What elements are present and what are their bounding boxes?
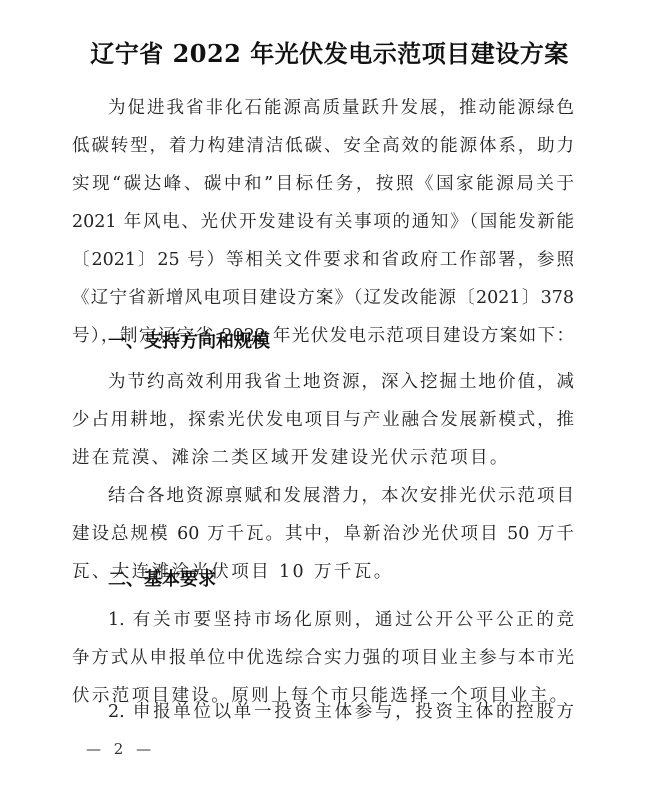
section-2-paragraph-1-line: 1. 有关市要坚持市场化原则，通过公开公平公正的竞 [108,608,574,632]
section-1-paragraph-1-line: 进在荒漠、滩涂二类区域开发建设光伏示范项目。 [72,446,574,470]
intro-line: 2021 年风电、光伏开发建设有关事项的通知》（国能发新能 [72,210,574,234]
document-page: 辽宁省 2022 年光伏发电示范项目建设方案 为促进我省非化石能源高质量跃升发展… [0,0,659,806]
page-number: — 2 — [86,740,155,758]
section-1-paragraph-1-line: 少占用耕地，探索光伏发电项目与产业融合发展新模式，推 [72,408,574,432]
intro-line: 为促进我省非化石能源高质量跃升发展，推动能源绿色 [108,96,574,120]
intro-line: 《辽宁省新增风电项目建设方案》（辽发改能源〔2021〕378 [72,286,574,310]
section-2-paragraph-2-line: 2. 申报单位以单一投资主体参与，投资主体的控股方 [108,700,574,724]
intro-line: 实现“碳达峰、碳中和”目标任务，按照《国家能源局关于 [72,172,574,196]
section-2-paragraph-1-line: 争方式从申报单位中优选综合实力强的项目业主参与本市光 [72,646,574,670]
section-heading-1: 一、支持方向和规模 [108,330,270,354]
section-heading-2: 二、基本要求 [108,568,216,592]
section-1-paragraph-1-line: 为节约高效利用我省土地资源，深入挖掘土地价值，减 [108,370,574,394]
section-1-paragraph-2-line: 建设总规模 60 万千瓦。其中，阜新治沙光伏项目 50 万千 [72,522,574,546]
section-1-paragraph-2-line: 结合各地资源禀赋和发展潜力，本次安排光伏示范项目 [108,484,574,508]
intro-line: 〔2021〕25 号）等相关文件要求和省政府工作部署，参照 [72,248,574,272]
intro-line: 低碳转型，着力构建清洁低碳、安全高效的能源体系，助力 [72,134,574,158]
document-title: 辽宁省 2022 年光伏发电示范项目建设方案 [0,34,659,69]
